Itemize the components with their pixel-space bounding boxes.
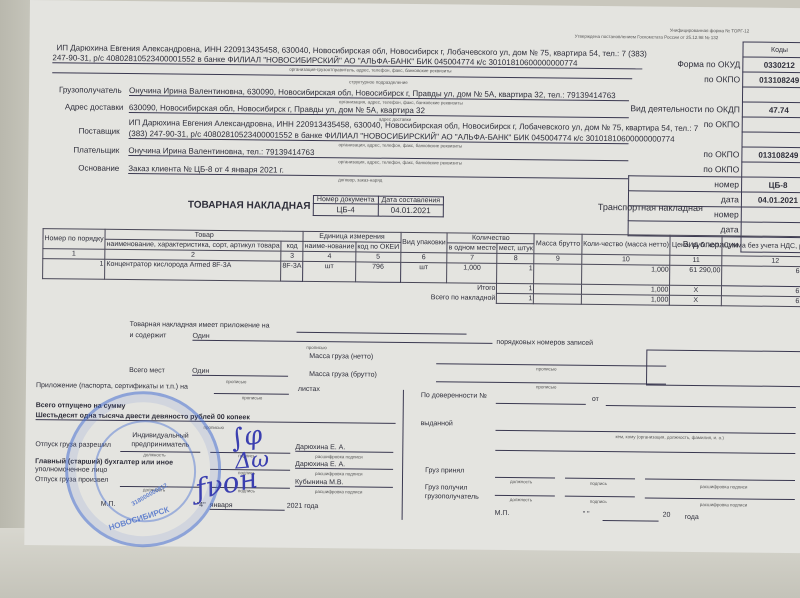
accepted-decode-line [645, 477, 795, 481]
row-sum-no-vat: 61 290,00 [722, 266, 800, 287]
records-label: порядковых номеров записей [496, 339, 593, 347]
supplier-okpo-label: по ОКПО [629, 146, 742, 162]
row-num: 1 [43, 259, 105, 280]
date2-year: 20 [663, 512, 671, 519]
doc-date-header: Дата составления [378, 196, 444, 205]
signature-caption: подпись [590, 499, 607, 504]
shipper-caption: организация-грузоотправитель, адрес, тел… [289, 67, 451, 74]
position-caption: должность [510, 497, 532, 502]
col-num: 11 [670, 255, 722, 266]
th-unit-name: наиме-нование [303, 241, 356, 252]
stamp-inner-ring [94, 420, 197, 523]
contains-value: Один [192, 333, 492, 344]
row-in-place: 1,000 [447, 263, 497, 284]
mass-codes-box [646, 349, 800, 387]
th-price: Цена, руб. коп. [670, 235, 722, 256]
attachment-text: Товарная накладная имеет приложение на [130, 321, 270, 329]
accepted-signature-line [565, 477, 635, 480]
th-net: Коли-чество (масса нетто) [582, 234, 671, 255]
appendix-label: Приложение (паспорта, сертификаты и т.п.… [36, 382, 188, 391]
in-words-caption: прописью [306, 345, 326, 350]
proxy-from-label: от [592, 396, 599, 403]
total-places: 1 [497, 283, 534, 293]
document-title: ТОВАРНАЯ НАКЛАДНАЯ [188, 200, 311, 212]
date-year: 2021 года [287, 503, 319, 510]
col-num: 3 [281, 251, 303, 261]
places-label: Всего мест [129, 367, 165, 374]
decode-caption: расшифровка подписи [700, 502, 748, 507]
col-num: 8 [497, 253, 534, 263]
th-qty-in-place: в одном месте [447, 243, 497, 254]
row-okei: 796 [355, 262, 400, 282]
activity-value: 47.74 [742, 102, 800, 118]
consignee-label: Грузополучатель [59, 85, 122, 95]
grand-total-sum-no-vat: 61 290,00 [722, 296, 800, 307]
transport-number-value [741, 207, 800, 223]
footer-divider [402, 390, 404, 520]
basis-label: Основание [78, 164, 119, 173]
payer-okpo-label: по ОКПО [629, 161, 742, 177]
released-by-name: Кубынина М.В. [295, 479, 393, 488]
col-num: 4 [303, 251, 356, 262]
row-price: 61 290,00 [670, 265, 722, 286]
th-goods-code: код [281, 241, 303, 251]
issued-label: выданной [421, 420, 453, 427]
accepted-label: Груз принял [425, 467, 464, 474]
th-gross: Масса брутто [534, 234, 581, 254]
position-caption: должность [510, 479, 532, 484]
payer-okpo-value [742, 162, 800, 178]
date2-line [603, 519, 659, 522]
row-name: Концентратор кислорода Armed 8F-3A [105, 259, 281, 281]
struct-line [52, 71, 632, 79]
decode-caption: расшифровка подписи [315, 454, 363, 459]
received-signature-line [565, 495, 635, 498]
grand-total-places: 1 [497, 293, 534, 303]
goods-table: Номер по порядку Товар Единица измерения… [42, 228, 800, 309]
th-unit-okei: код по ОКЕИ [356, 242, 401, 252]
decode-caption: расшифровка подписи [315, 489, 363, 494]
received-label1: Груз получил [425, 484, 468, 491]
col-num: 5 [356, 252, 401, 262]
contains-label: и содержит [129, 332, 166, 339]
date2-suffix: года [685, 514, 699, 521]
codes-table: Коды Форма по ОКУД0330212 по ОКПО0131082… [627, 40, 800, 253]
row-net: 1,000 [581, 264, 670, 285]
col-num: 7 [447, 253, 497, 264]
gross-mass-label: Масса груза (брутто) [309, 371, 377, 379]
stamp-label2: М.П. [495, 510, 510, 517]
col-num: 1 [43, 249, 105, 260]
th-pack: Вид упаковки [401, 232, 448, 252]
row-places: 1 [497, 263, 534, 283]
issued-line [496, 429, 796, 434]
places-value: Один [192, 368, 288, 377]
approved-note: Утверждена постановлением Госкомстата Ро… [575, 34, 719, 41]
total-price: Х [670, 285, 722, 296]
unified-form-note: Унифицированная форма № ТОРГ-12 [670, 28, 750, 34]
received-label2: грузополучатель [425, 493, 479, 501]
codes-header: Коды [743, 42, 800, 58]
supplier-okpo-value: 013108249 [742, 147, 800, 163]
decode-caption: расшифровка подписи [315, 471, 363, 476]
basis-number-value: ЦБ-8 [741, 177, 800, 193]
appendix-caption: прописью [242, 395, 262, 400]
company-stamp: НОВОСИБИРСК 318000000812 [64, 390, 222, 548]
col-num: 6 [400, 252, 447, 262]
proxy-label: По доверенности № [421, 392, 487, 400]
payer-label: Плательщик [73, 145, 119, 154]
basis-date-value: 04.01.2021 [741, 192, 800, 208]
sheets-label: листах [298, 386, 320, 393]
signature-caption: подпись [590, 481, 607, 486]
doc-number-table: Номер документа Дата составления ЦБ-4 04… [313, 195, 444, 217]
document-paper: Унифицированная форма № ТОРГ-12 Утвержде… [24, 0, 800, 553]
row-gross [534, 264, 581, 284]
decode-caption: расшифровка подписи [700, 484, 748, 489]
row-unit: шт [303, 261, 356, 282]
gross-mass-caption: прописью [536, 384, 556, 389]
supplier-label: Поставщик [79, 127, 120, 136]
places-caption: прописью [226, 379, 246, 384]
received-position-line [495, 494, 555, 497]
row-code: 8F-3A [281, 261, 303, 281]
basis-number-label: номер [629, 176, 742, 192]
th-qty-places: мест, штук [497, 243, 534, 253]
row-pack: шт [400, 262, 447, 282]
date-month: января [210, 502, 285, 511]
payer-caption: организация, адрес, телефон, факс, банко… [338, 159, 462, 165]
issued-caption: кем, кому (организация, должность, фамил… [615, 434, 723, 440]
accountant-name: Дарюхина Е. А. [295, 461, 393, 470]
date2-quotes: " " [583, 511, 590, 518]
struct-caption: структурное подразделение [349, 79, 408, 85]
received-decode-line [645, 496, 795, 500]
okud-value: 0330212 [743, 57, 800, 73]
doc-number-value: ЦБ-4 [313, 203, 378, 216]
grand-total-price: Х [670, 295, 722, 306]
th-num: Номер по порядку [43, 229, 105, 250]
net-mass-caption: прописью [536, 366, 556, 371]
release-allowed-name: Дарюхина Е. А. [295, 444, 393, 453]
delivery-label: Адрес доставки [65, 102, 124, 112]
doc-date-value: 04.01.2021 [378, 204, 444, 217]
accepted-position-line [495, 476, 555, 479]
net-mass-label: Масса груза (нетто) [309, 353, 373, 361]
okpo-value: 013108249 [743, 72, 800, 88]
okpo-label: по ОКПО [630, 71, 743, 87]
proxy-number-line [496, 402, 586, 405]
col-num: 9 [534, 254, 581, 264]
doc-number-header: Номер документа [313, 195, 378, 204]
consignee-okpo-value [742, 117, 800, 133]
activity-label: Вид деятельности по ОКДП [629, 101, 742, 117]
grand-total-net: 1,000 [581, 294, 670, 305]
proxy-date-line [606, 404, 796, 408]
basis-caption: договор, заказ-наряд [338, 177, 382, 182]
transport-label: Транспортная накладная [598, 202, 703, 213]
issued-line2 [495, 449, 795, 454]
appendix-line [214, 392, 289, 395]
th-sum-no-vat: Сумма без учета НДС, руб. коп. [722, 236, 800, 257]
